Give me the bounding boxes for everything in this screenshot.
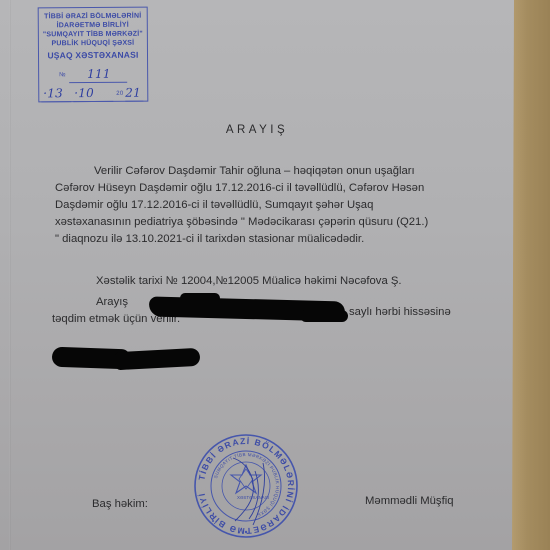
paper-crease bbox=[9, 0, 11, 550]
signature-role-label: Baş həkim: bbox=[92, 498, 148, 510]
paragraph-line-1: Verilir Cəfərov Daşdəmir Tahir oğluna – … bbox=[94, 165, 415, 177]
purpose-suffix: saylı hərbi hissəsinə bbox=[349, 306, 451, 318]
paragraph-line-5: " diaqnozu ilə 13.10.2021-ci il tarixdən… bbox=[55, 233, 364, 245]
seal-icon: TİBBİ ƏRAZİ BÖLMƏLƏRİNİ İDARƏETMƏ BİRLİY… bbox=[193, 433, 299, 539]
stamp-date-day: ·13 bbox=[43, 86, 63, 100]
redaction-mark-unit-number-end bbox=[300, 310, 348, 322]
stamp-year-prefix: 20 bbox=[116, 91, 123, 97]
svg-text:XƏSTƏXANASI: XƏSTƏXANASI bbox=[237, 495, 269, 500]
stamp-line-1: TİBBİ ƏRAZİ BÖLMƏLƏRİNİ bbox=[39, 12, 147, 22]
day-underline bbox=[41, 101, 71, 102]
wooden-surface bbox=[512, 0, 550, 550]
number-underline bbox=[69, 82, 127, 83]
stamp-year-suffix: 21 bbox=[125, 86, 141, 100]
stamp-date-row: ·13 ·10 20 21 bbox=[41, 88, 145, 103]
paragraph-line-4: xəstəxanasının pediatriya şöbəsində " Mə… bbox=[55, 216, 428, 228]
stamp-line-4: PUBLİK HÜQUQİ ŞƏXSİ bbox=[39, 39, 147, 49]
stamp-date-month: ·10 bbox=[74, 86, 94, 100]
paragraph-line-2: Cəfərov Hüseyn Daşdəmir oğlu 17.12.2016-… bbox=[55, 182, 424, 194]
paragraph-line-3: Daşdəmir oğlu 17.12.2016-ci il təvəllüdl… bbox=[55, 199, 373, 211]
month-underline bbox=[73, 101, 113, 102]
purpose-prefix: Arayış bbox=[96, 296, 128, 308]
document-page: TİBBİ ƏRAZİ BÖLMƏLƏRİNİ İDARƏETMƏ BİRLİY… bbox=[0, 0, 514, 550]
signatory-name: Məmmədli Müşfiq bbox=[365, 495, 454, 507]
stamp-number-row: № 111 bbox=[59, 72, 129, 84]
medical-history-line: Xəstəlik tarixi № 12004,№12005 Müalicə h… bbox=[96, 275, 402, 287]
number-sign-label: № bbox=[59, 72, 66, 78]
document-title: ARAYIŞ bbox=[0, 124, 514, 136]
round-seal: TİBBİ ƏRAZİ BÖLMƏLƏRİNİ İDARƏETMƏ BİRLİY… bbox=[193, 433, 299, 539]
stamp-line-5: UŞAQ XƏSTƏXANASI bbox=[39, 49, 147, 63]
year-underline bbox=[125, 101, 143, 102]
stamp-number-value: 111 bbox=[87, 67, 111, 81]
redaction-mark-unit-number-top bbox=[180, 293, 220, 303]
redaction-mark-name-right bbox=[115, 348, 201, 370]
header-stamp: TİBBİ ƏRAZİ BÖLMƏLƏRİNİ İDARƏETMƏ BİRLİY… bbox=[38, 7, 149, 103]
